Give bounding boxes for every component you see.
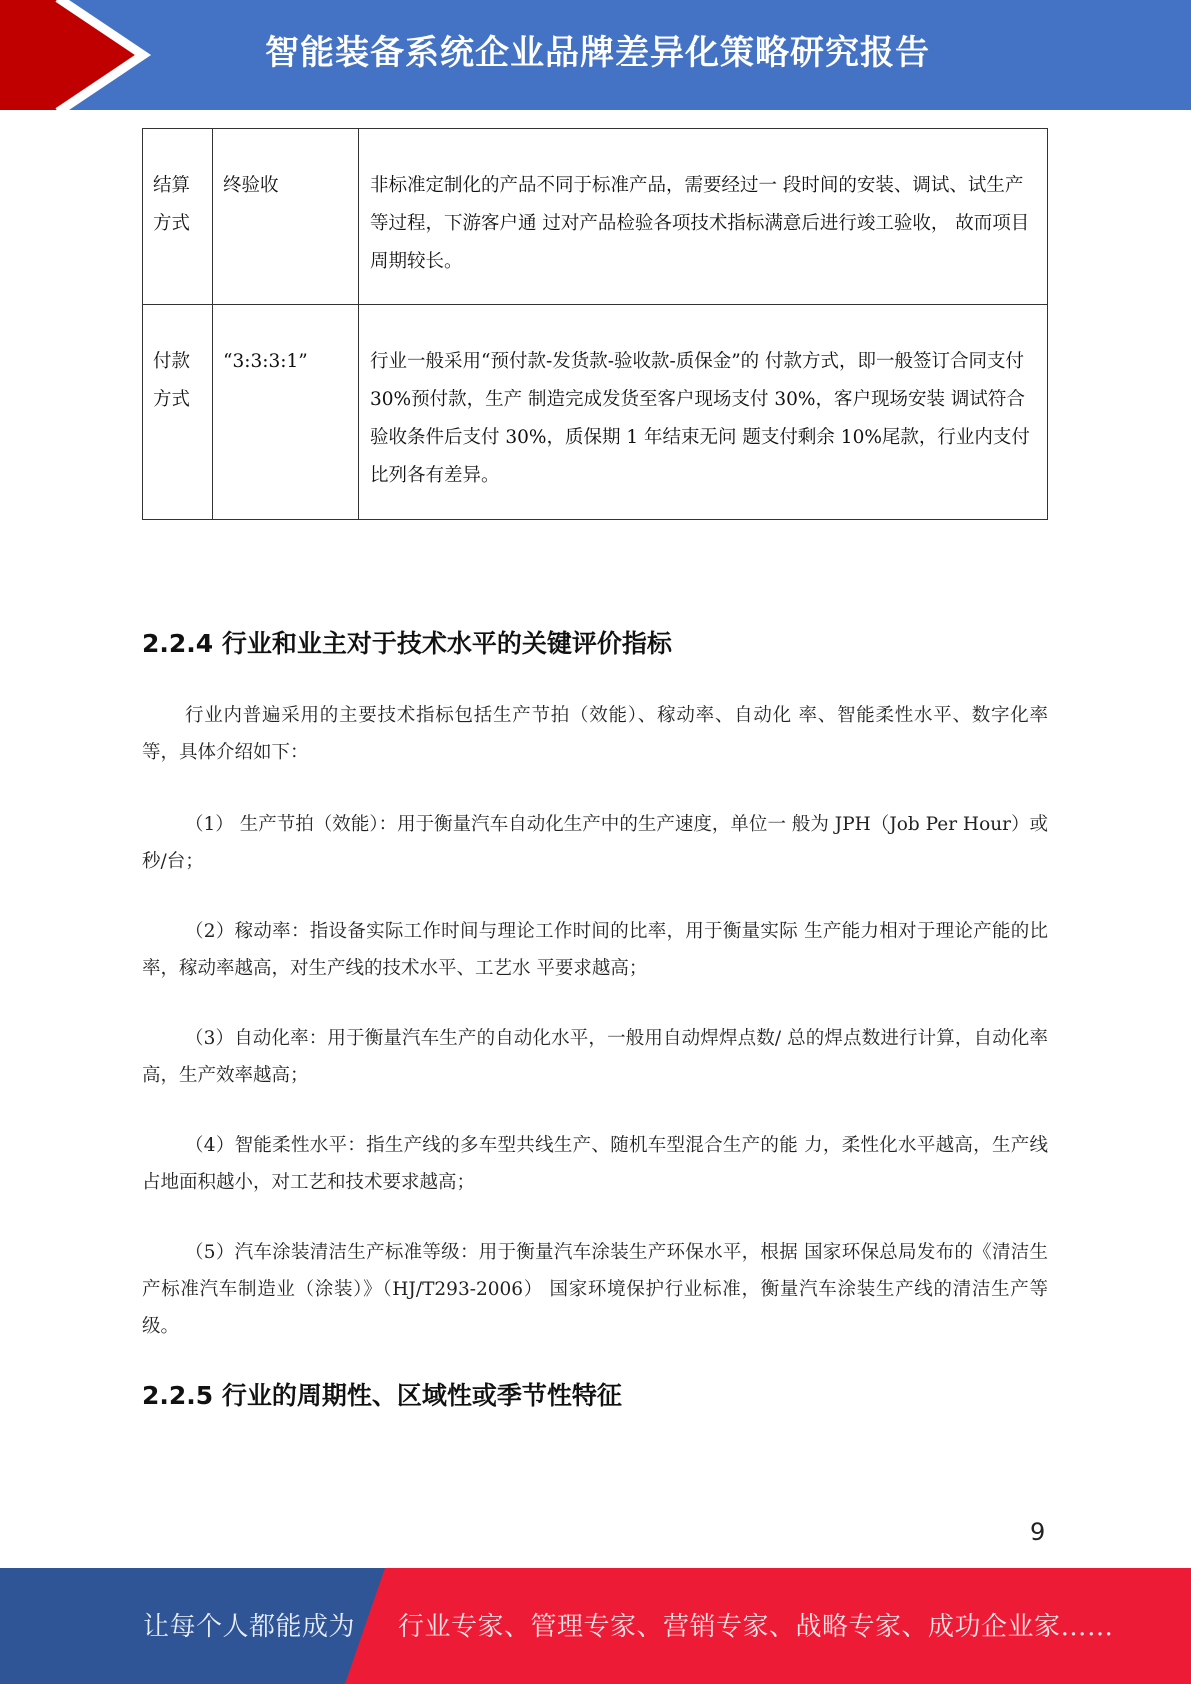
report-header-band: 智能装备系统企业品牌差异化策略研究报告 xyxy=(0,0,1191,110)
section-heading-2-2-5: 2.2.5 行业的周期性、区域性或季节性特征 xyxy=(142,1378,622,1414)
row-description: 行业一般采用“预付款-发货款-验收款-质保金”的 付款方式，即一般签订合同支付 … xyxy=(359,305,1048,520)
chevron-decoration-icon xyxy=(0,0,200,110)
section-intro-paragraph: 行业内普遍采用的主要技术指标包括生产节拍（效能）、稼动率、自动化 率、智能柔性水… xyxy=(142,697,1048,771)
table-row: 结算方式 终验收 非标准定制化的产品不同于标准产品，需要经过一 段时间的安装、调… xyxy=(143,129,1048,305)
indicator-item-1: （1） 生产节拍（效能）：用于衡量汽车自动化生产中的生产速度，单位一 般为 JP… xyxy=(142,806,1048,880)
indicator-item-4: （4）智能柔性水平：指生产线的多车型共线生产、随机车型混合生产的能 力，柔性化水… xyxy=(142,1127,1048,1201)
page-number: 9 xyxy=(1030,1518,1045,1546)
section-heading-2-2-4: 2.2.4 行业和业主对于技术水平的关键评价指标 xyxy=(142,626,672,662)
indicator-item-5: （5）汽车涂装清洁生产标准等级：用于衡量汽车涂装生产环保水平，根据 国家环保总局… xyxy=(142,1234,1048,1345)
footer-slogan-right: 行业专家、管理专家、营销专家、战略专家、成功企业家…… xyxy=(398,1606,1114,1643)
row-value: “3:3:3:1” xyxy=(213,305,359,520)
row-label: 结算方式 xyxy=(143,129,213,305)
indicator-item-3: （3）自动化率：用于衡量汽车生产的自动化水平，一般用自动焊焊点数/ 总的焊点数进… xyxy=(142,1020,1048,1094)
settlement-payment-table: 结算方式 终验收 非标准定制化的产品不同于标准产品，需要经过一 段时间的安装、调… xyxy=(142,128,1048,520)
footer-slogan-left: 让每个人都能成为 xyxy=(143,1606,355,1643)
footer-banner: 让每个人都能成为 行业专家、管理专家、营销专家、战略专家、成功企业家…… xyxy=(0,1568,1191,1684)
row-label: 付款方式 xyxy=(143,305,213,520)
indicator-item-2: （2）稼动率：指设备实际工作时间与理论工作时间的比率，用于衡量实际 生产能力相对… xyxy=(142,913,1048,987)
row-value: 终验收 xyxy=(213,129,359,305)
row-description: 非标准定制化的产品不同于标准产品，需要经过一 段时间的安装、调试、试生产等过程，… xyxy=(359,129,1048,305)
report-title: 智能装备系统企业品牌差异化策略研究报告 xyxy=(265,28,930,78)
table-row: 付款方式 “3:3:3:1” 行业一般采用“预付款-发货款-验收款-质保金”的 … xyxy=(143,305,1048,520)
